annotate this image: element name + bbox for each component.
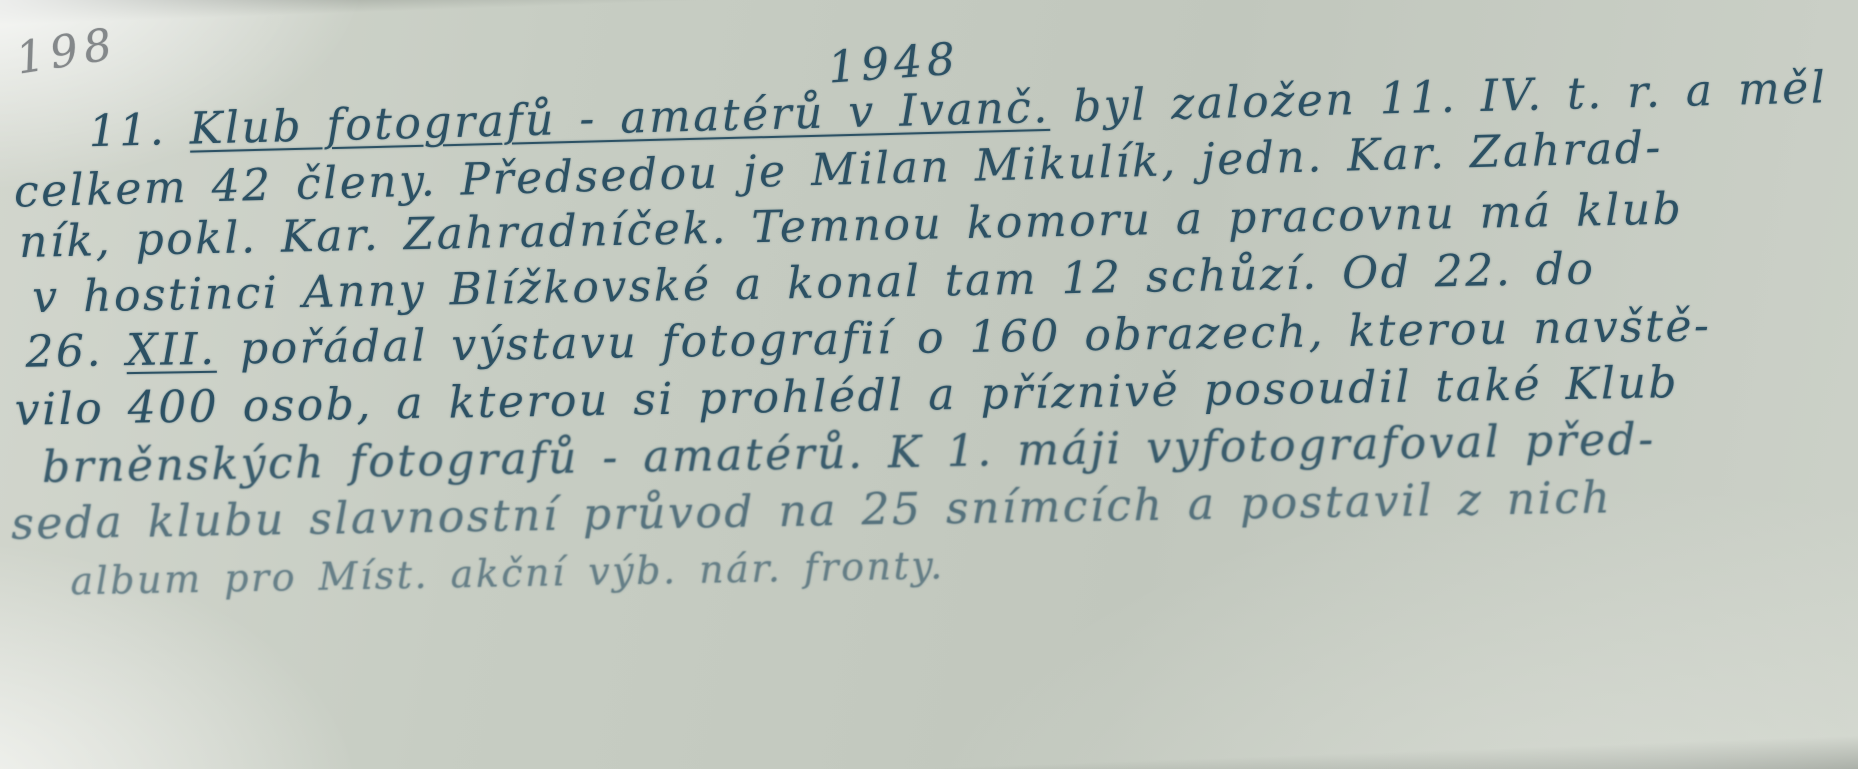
handwritten-text: album pro Míst. akční výb. nár. fronty. [70,543,945,603]
manuscript-text: 11. Klub fotografů - amatérů v Ivanč. by… [0,61,1858,615]
handwritten-text: 26. [25,325,127,378]
underlined-phrase: XII. [126,324,217,376]
scanned-chronicle-page: 198 1948 11. Klub fotografů - amatérů v … [0,0,1858,769]
handwritten-text: 11. [88,104,190,158]
page-number: 198 [13,18,122,84]
